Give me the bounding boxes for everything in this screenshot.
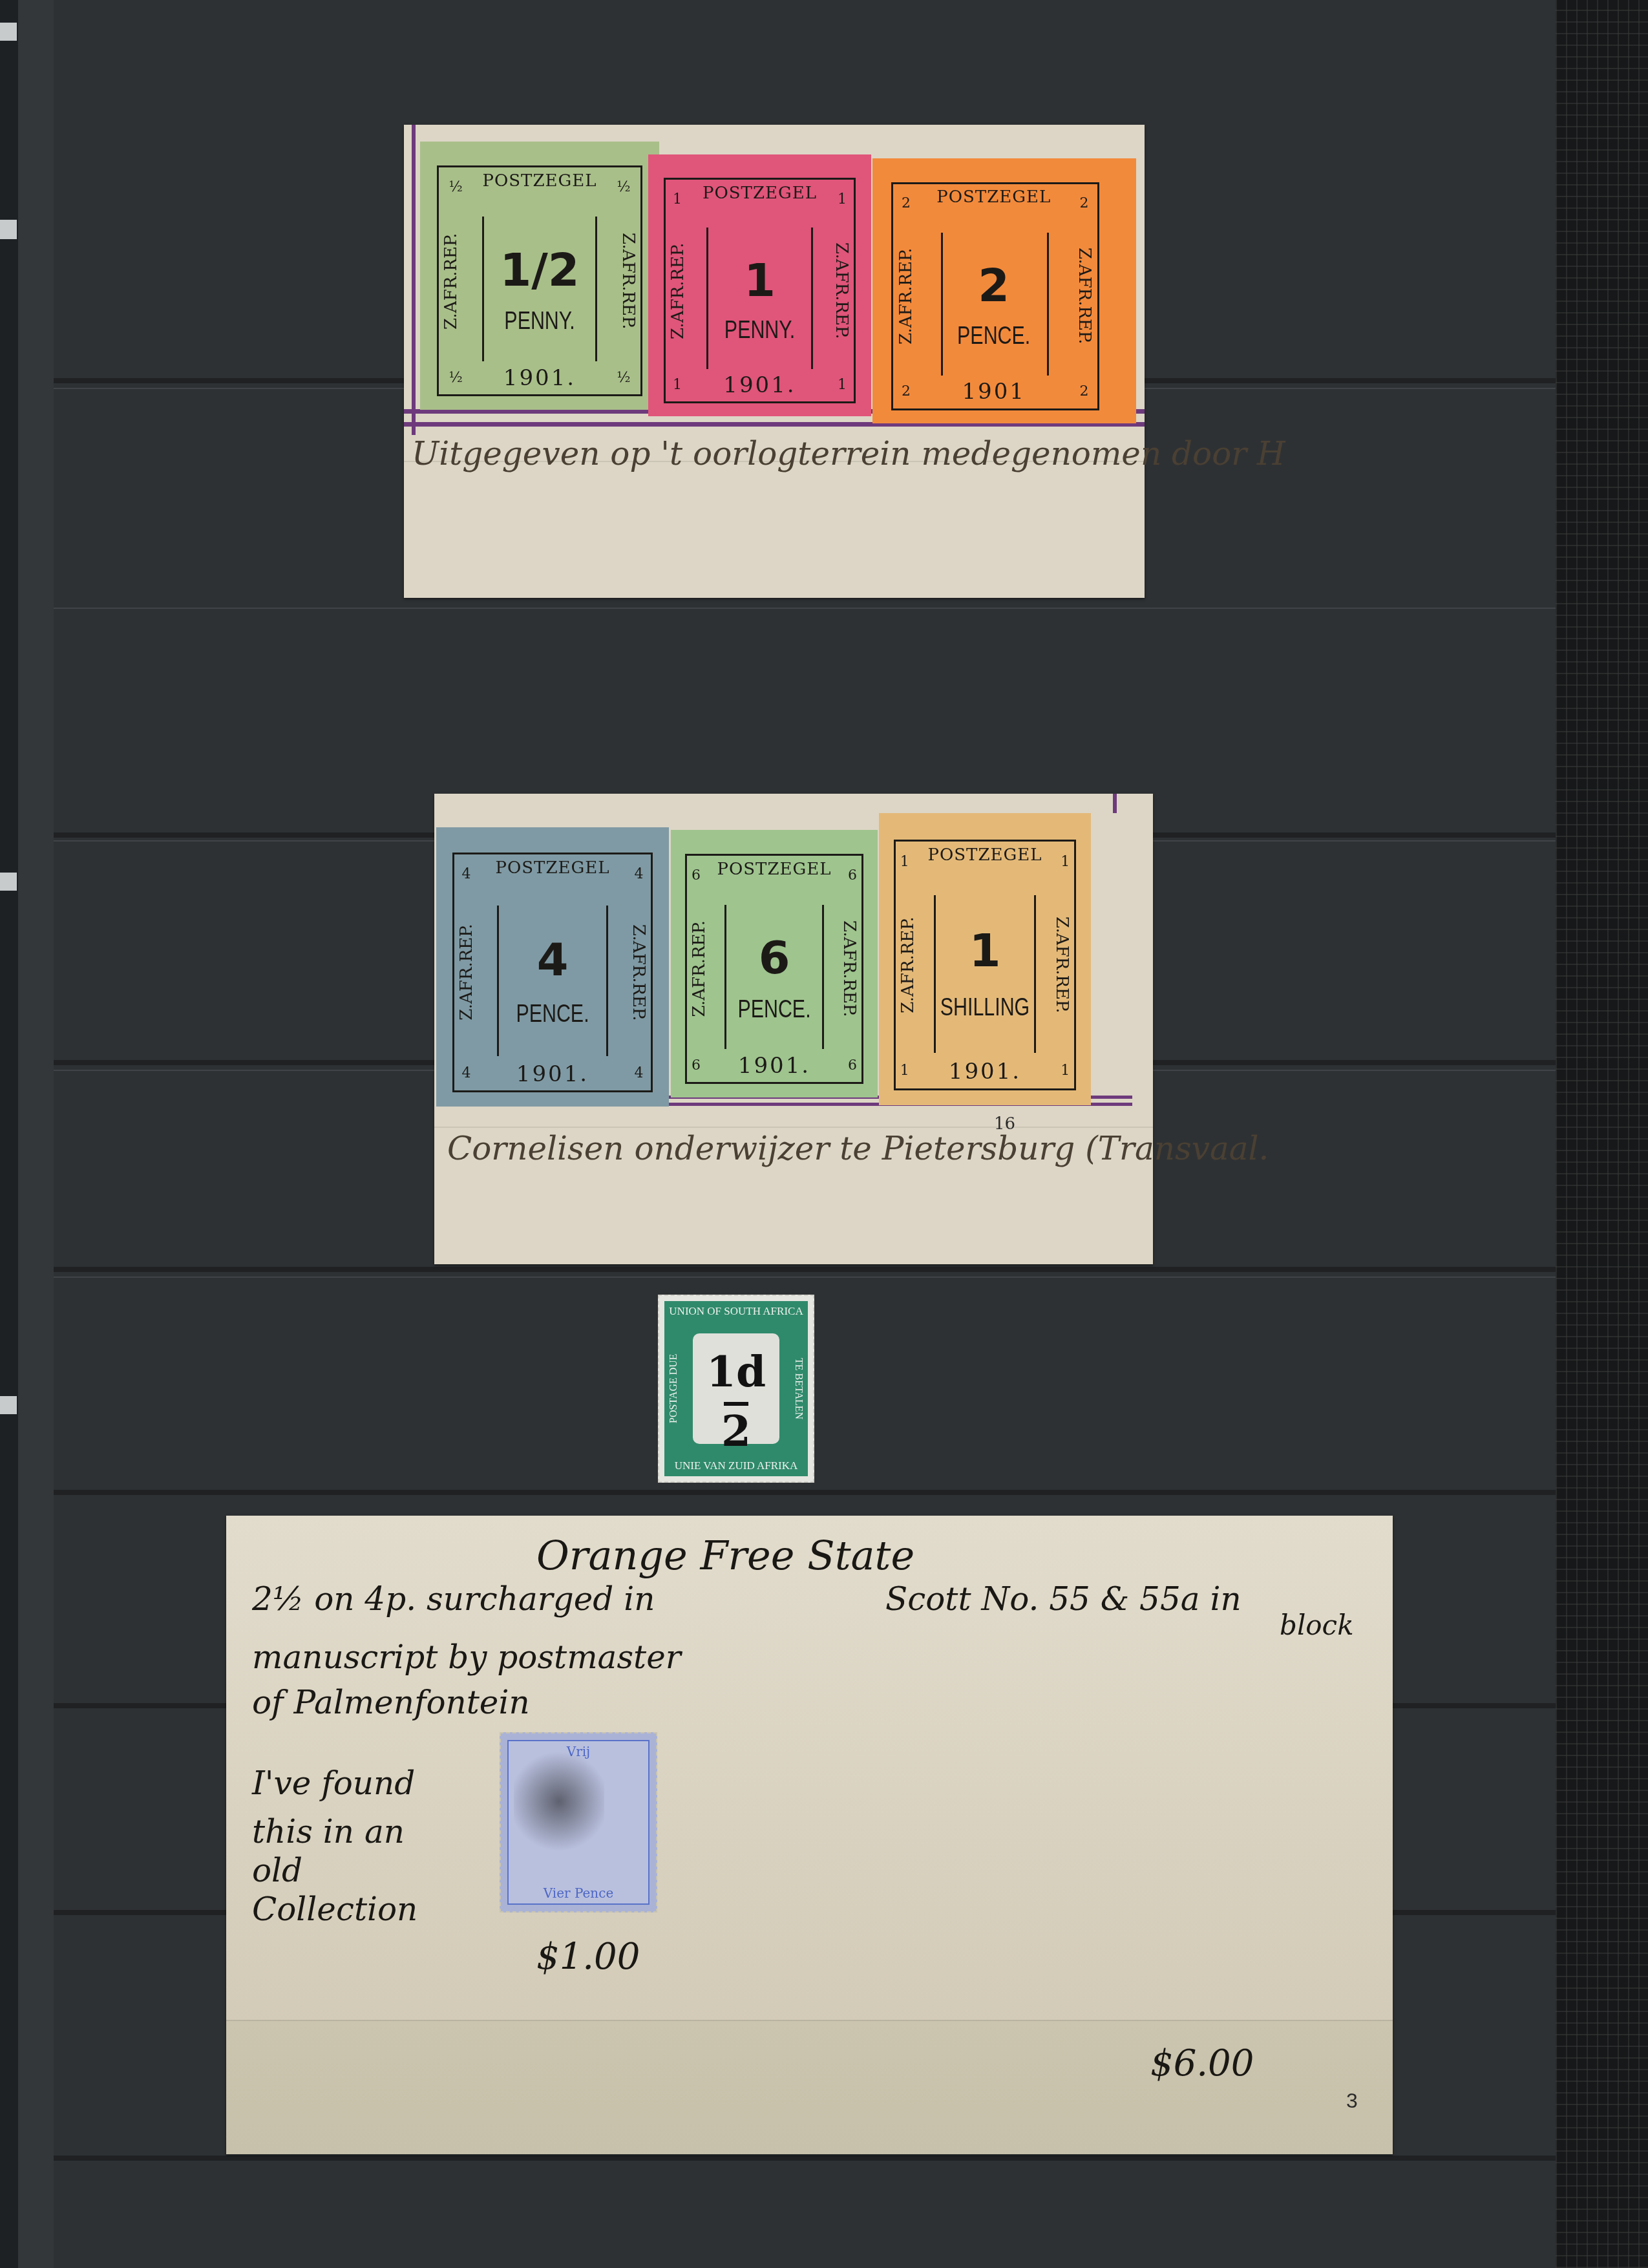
pocket-strip	[54, 2156, 1556, 2161]
note-line: of Palmenfontein	[252, 1684, 530, 1721]
stamp-corner: 1	[838, 191, 847, 207]
stamp-two-pence[interactable]: POSTZEGEL 2 PENCE. 1901 Z.AFR.REP. Z.AFR…	[872, 158, 1136, 423]
stamp-unit: PENNY.	[444, 308, 635, 335]
note-line: manuscript by postmaster	[252, 1638, 681, 1676]
stamp-corner: ½	[449, 370, 462, 386]
stamp-corner: ½	[617, 179, 630, 195]
stamp-half-penny[interactable]: POSTZEGEL 1/2 PENNY. 1901. Z.AFR.REP. Z.…	[420, 142, 659, 410]
stamp-corner: 4	[462, 866, 471, 882]
note-line: 2½ on 4p. surcharged in	[252, 1580, 655, 1618]
purple-rule	[1113, 794, 1117, 813]
page-tab	[0, 873, 17, 891]
note-card-ofs: Orange Free State 2½ on 4p. surcharged i…	[226, 1516, 1393, 2154]
stamp-orange-free-state[interactable]: Vrij Vier Pence	[500, 1732, 657, 1913]
pocket-line	[54, 1277, 1556, 1278]
handwritten-inscription: Cornelisen onderwijzer te Pietersburg (T…	[447, 1130, 1269, 1167]
stamp-corner: 2	[1080, 383, 1089, 399]
stamp-card-1: POSTZEGEL 1/2 PENNY. 1901. Z.AFR.REP. Z.…	[404, 125, 1145, 598]
stamp-postage-due[interactable]: UNION OF SOUTH AFRICA UNIE VAN ZUID AFRI…	[658, 1295, 814, 1483]
pocket-line	[54, 608, 1556, 609]
stamp-corner: 1	[673, 191, 682, 207]
album-binding	[1556, 0, 1648, 2268]
stamp-side-text: Z.AFR.REP.	[898, 907, 924, 1024]
stamp-corner: ½	[617, 370, 630, 386]
stamp-side-text: Z.AFR.REP.	[668, 238, 694, 343]
stamp-corner: 4	[634, 866, 643, 882]
page-tab	[0, 23, 17, 41]
stamp-unit: PENCE.	[897, 323, 1091, 350]
stamp-side-text: Z.AFR.REP.	[896, 243, 922, 349]
stamp-unit: PENNY.	[671, 317, 849, 344]
note-line: old	[252, 1852, 302, 1889]
page-tab	[0, 220, 17, 239]
album-margin	[18, 0, 54, 2268]
pocket-strip	[54, 1490, 1556, 1495]
stamp-side-text: Z.AFR.REP.	[825, 238, 851, 343]
stamp-corner: 6	[692, 1057, 701, 1074]
stamp-corner: 4	[462, 1065, 471, 1081]
fold-line	[434, 1127, 1153, 1128]
stamp-bottom-text: Vier Pence	[501, 1885, 656, 1901]
stamp-side-text: Z.AFR.REP.	[1068, 243, 1094, 349]
stamp-side-text: Z.AFR.REP.	[690, 915, 715, 1023]
stamp-corner: 2	[902, 195, 911, 211]
handwritten-inscription: Uitgegeven op 't oorlogterrein medegenom…	[412, 435, 1285, 472]
stamp-side-text: Z.AFR.REP.	[1046, 907, 1072, 1024]
stamp-bottom-text: UNIE VAN ZUID AFRIKA	[659, 1459, 813, 1472]
stamp-corner: 4	[634, 1065, 643, 1081]
manuscript-cancel	[514, 1746, 604, 1856]
page-number: 3	[1346, 2089, 1358, 2113]
stamp-corner: 1	[673, 377, 682, 393]
pocket-strip	[54, 1267, 1556, 1272]
stamp-one-shilling[interactable]: POSTZEGEL 1 SHILLING 1901. Z.AFR.REP. Z.…	[879, 813, 1091, 1105]
stamp-corner: 1	[900, 1063, 909, 1079]
stamp-side-text: Z.AFR.REP.	[622, 917, 648, 1028]
album-left-edge	[0, 0, 18, 2268]
stamp-corner: 6	[692, 867, 701, 884]
note-line: Scott No. 55 & 55a in	[885, 1580, 1241, 1618]
note-line: this in an	[252, 1813, 405, 1850]
stamp-value-denominator: 2	[659, 1406, 813, 1456]
stamp-card-2: POSTZEGEL 4 PENCE. 1901. Z.AFR.REP. Z.AF…	[434, 794, 1153, 1264]
stamp-unit: PENCE.	[692, 996, 857, 1024]
price-total: $6.00	[1150, 2042, 1254, 2084]
stamp-corner: 2	[902, 383, 911, 399]
price-note: $1.00	[536, 1936, 640, 1978]
stamp-unit: PENCE.	[460, 1001, 646, 1028]
stamp-corner: 6	[848, 867, 857, 884]
stamp-header: POSTZEGEL	[671, 860, 878, 879]
card-lower-band	[226, 2021, 1393, 2154]
stamp-header: POSTZEGEL	[879, 845, 1091, 865]
note-line: block	[1280, 1609, 1354, 1641]
stamp-corner: 2	[1080, 195, 1089, 211]
stamp-year: 1901.	[671, 1053, 878, 1079]
note-line: Collection	[252, 1891, 417, 1928]
stamp-corner: 1	[838, 377, 847, 393]
stamp-corner: 1	[900, 854, 909, 870]
stamp-four-pence[interactable]: POSTZEGEL 4 PENCE. 1901. Z.AFR.REP. Z.AF…	[436, 827, 669, 1107]
stamp-year: 1901.	[879, 1059, 1091, 1085]
album-page: POSTZEGEL 1/2 PENNY. 1901. Z.AFR.REP. Z.…	[0, 0, 1648, 2268]
stamp-corner: 6	[848, 1057, 857, 1074]
note-title: Orange Free State	[536, 1532, 914, 1579]
page-tab	[0, 1396, 17, 1414]
stamp-side-text: Z.AFR.REP.	[457, 917, 483, 1028]
stamp-six-pence[interactable]: POSTZEGEL 6 PENCE. 1901. Z.AFR.REP. Z.AF…	[671, 830, 878, 1097]
note-line: I've found	[252, 1765, 415, 1802]
stamp-top-text: UNION OF SOUTH AFRICA	[659, 1305, 813, 1318]
stamp-corner: ½	[449, 179, 462, 195]
stamp-value-numerator: 1d	[659, 1346, 813, 1397]
stamp-side-text: Z.AFR.REP.	[612, 228, 638, 335]
stamp-side-text: Z.AFR.REP.	[441, 228, 467, 335]
stamp-corner: 1	[1061, 1063, 1070, 1079]
purple-rule	[412, 125, 416, 435]
stamp-one-penny[interactable]: POSTZEGEL 1 PENNY. 1901. Z.AFR.REP. Z.AF…	[648, 154, 871, 416]
stamp-side-text: Z.AFR.REP.	[833, 915, 859, 1023]
stamp-unit: SHILLING	[900, 994, 1070, 1022]
stamp-corner: 1	[1061, 854, 1070, 870]
